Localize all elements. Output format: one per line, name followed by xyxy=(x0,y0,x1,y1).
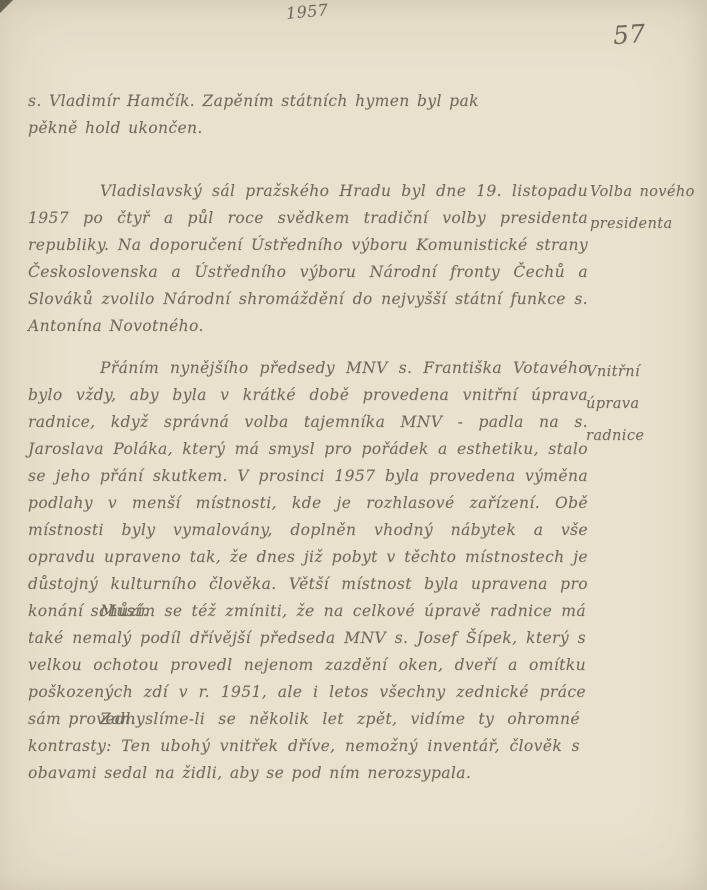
page-number: 57 xyxy=(612,19,647,50)
margin-note-new-president-election: Volba nového presidenta xyxy=(590,176,704,240)
chronicle-page: 1957 57 s. Vladimír Hamčík. Zapěním stát… xyxy=(0,0,707,890)
margin-note-interior-renovation: Vnitřní úprava radnice xyxy=(586,356,700,452)
scan-corner-artifact xyxy=(0,0,13,13)
paragraph-president-election: Vladislavský sál pražského Hradu byl dne… xyxy=(28,178,588,340)
year-heading: 1957 xyxy=(285,0,329,23)
paragraph-continuation: s. Vladimír Hamčík. Zapěním státních hym… xyxy=(28,88,498,142)
paragraph-contrasts: Zamyslíme-li se několik let zpět, vidíme… xyxy=(28,706,580,787)
paragraph-town-hall-renovation: Přáním nynějšího předsedy MNV s. Františ… xyxy=(28,355,588,625)
